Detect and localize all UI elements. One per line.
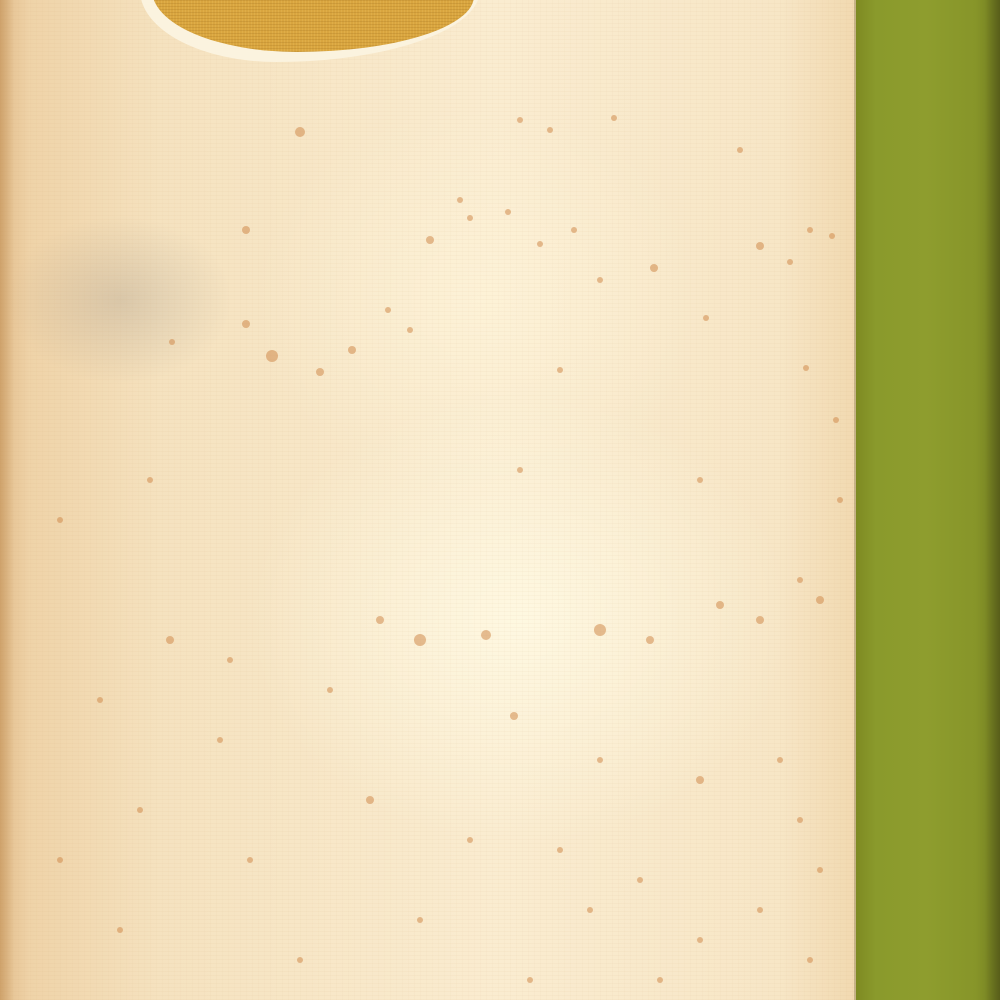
foxing-spot <box>242 320 250 328</box>
foxing-spot <box>57 517 63 523</box>
foxing-spot <box>557 847 563 853</box>
foxing-spot <box>587 907 593 913</box>
foxing-spot <box>242 226 250 234</box>
foxing-spot <box>757 907 763 913</box>
foxing-spot <box>597 277 603 283</box>
spine-shadow <box>985 0 1000 1000</box>
foxing-spot <box>316 368 324 376</box>
foxing-spot <box>650 264 658 272</box>
foxing-spot <box>407 327 413 333</box>
foxing-spot <box>571 227 577 233</box>
foxing-spot <box>657 977 663 983</box>
foxing-spot <box>756 616 764 624</box>
paper-texture <box>0 0 856 1000</box>
foxing-spot <box>597 757 603 763</box>
foxing-spot <box>166 636 174 644</box>
foxing-spot <box>594 624 606 636</box>
foxing-spot <box>829 233 835 239</box>
foxing-spot <box>227 657 233 663</box>
foxing-spot <box>327 687 333 693</box>
foxing-spot <box>295 127 305 137</box>
foxing-spot <box>557 367 563 373</box>
foxing-spot <box>137 807 143 813</box>
foxing-spot <box>457 197 463 203</box>
foxing-spot <box>385 307 391 313</box>
foxing-spot <box>481 630 491 640</box>
foxing-spot <box>797 817 803 823</box>
foxing-spot <box>517 467 523 473</box>
foxing-spot <box>147 477 153 483</box>
foxing-spot <box>297 957 303 963</box>
foxing-spot <box>467 215 473 221</box>
foxing-spot <box>414 634 426 646</box>
foxing-spot <box>247 857 253 863</box>
foxing-spot <box>467 837 473 843</box>
foxing-spot <box>833 417 839 423</box>
book-cover-photo <box>0 0 1000 1000</box>
foxing-spot <box>807 227 813 233</box>
foxing-spot <box>817 867 823 873</box>
foxing-spot <box>505 209 511 215</box>
foxing-spot <box>646 636 654 644</box>
foxing-spot <box>777 757 783 763</box>
foxing-spot <box>816 596 824 604</box>
foxing-spot <box>537 241 543 247</box>
foxing-spot <box>547 127 553 133</box>
foxing-spot <box>737 147 743 153</box>
foxing-spot <box>697 477 703 483</box>
green-cloth-spine <box>856 0 1000 1000</box>
foxing-spot <box>787 259 793 265</box>
foxing-spot <box>756 242 764 250</box>
foxing-spot <box>697 937 703 943</box>
foxing-spot <box>527 977 533 983</box>
foxing-spot <box>837 497 843 503</box>
foxing-spot <box>169 339 175 345</box>
foxing-spot <box>510 712 518 720</box>
foxing-spot <box>716 601 724 609</box>
foxing-spot <box>797 577 803 583</box>
paper-left-edge <box>0 0 14 1000</box>
foxing-spot <box>517 117 523 123</box>
foxing-spot <box>807 957 813 963</box>
foxing-spot <box>803 365 809 371</box>
foxing-spot <box>637 877 643 883</box>
foxing-spot <box>703 315 709 321</box>
foxing-spot <box>348 346 356 354</box>
foxing-spot <box>217 737 223 743</box>
foxing-spot <box>57 857 63 863</box>
foxing-spot <box>366 796 374 804</box>
foxing-spot <box>426 236 434 244</box>
foxing-spot <box>266 350 278 362</box>
foxing-spot <box>117 927 123 933</box>
foxing-spot <box>97 697 103 703</box>
foxing-spot <box>376 616 384 624</box>
foxing-spot <box>696 776 704 784</box>
foxing-spot <box>417 917 423 923</box>
foxing-spot <box>611 115 617 121</box>
